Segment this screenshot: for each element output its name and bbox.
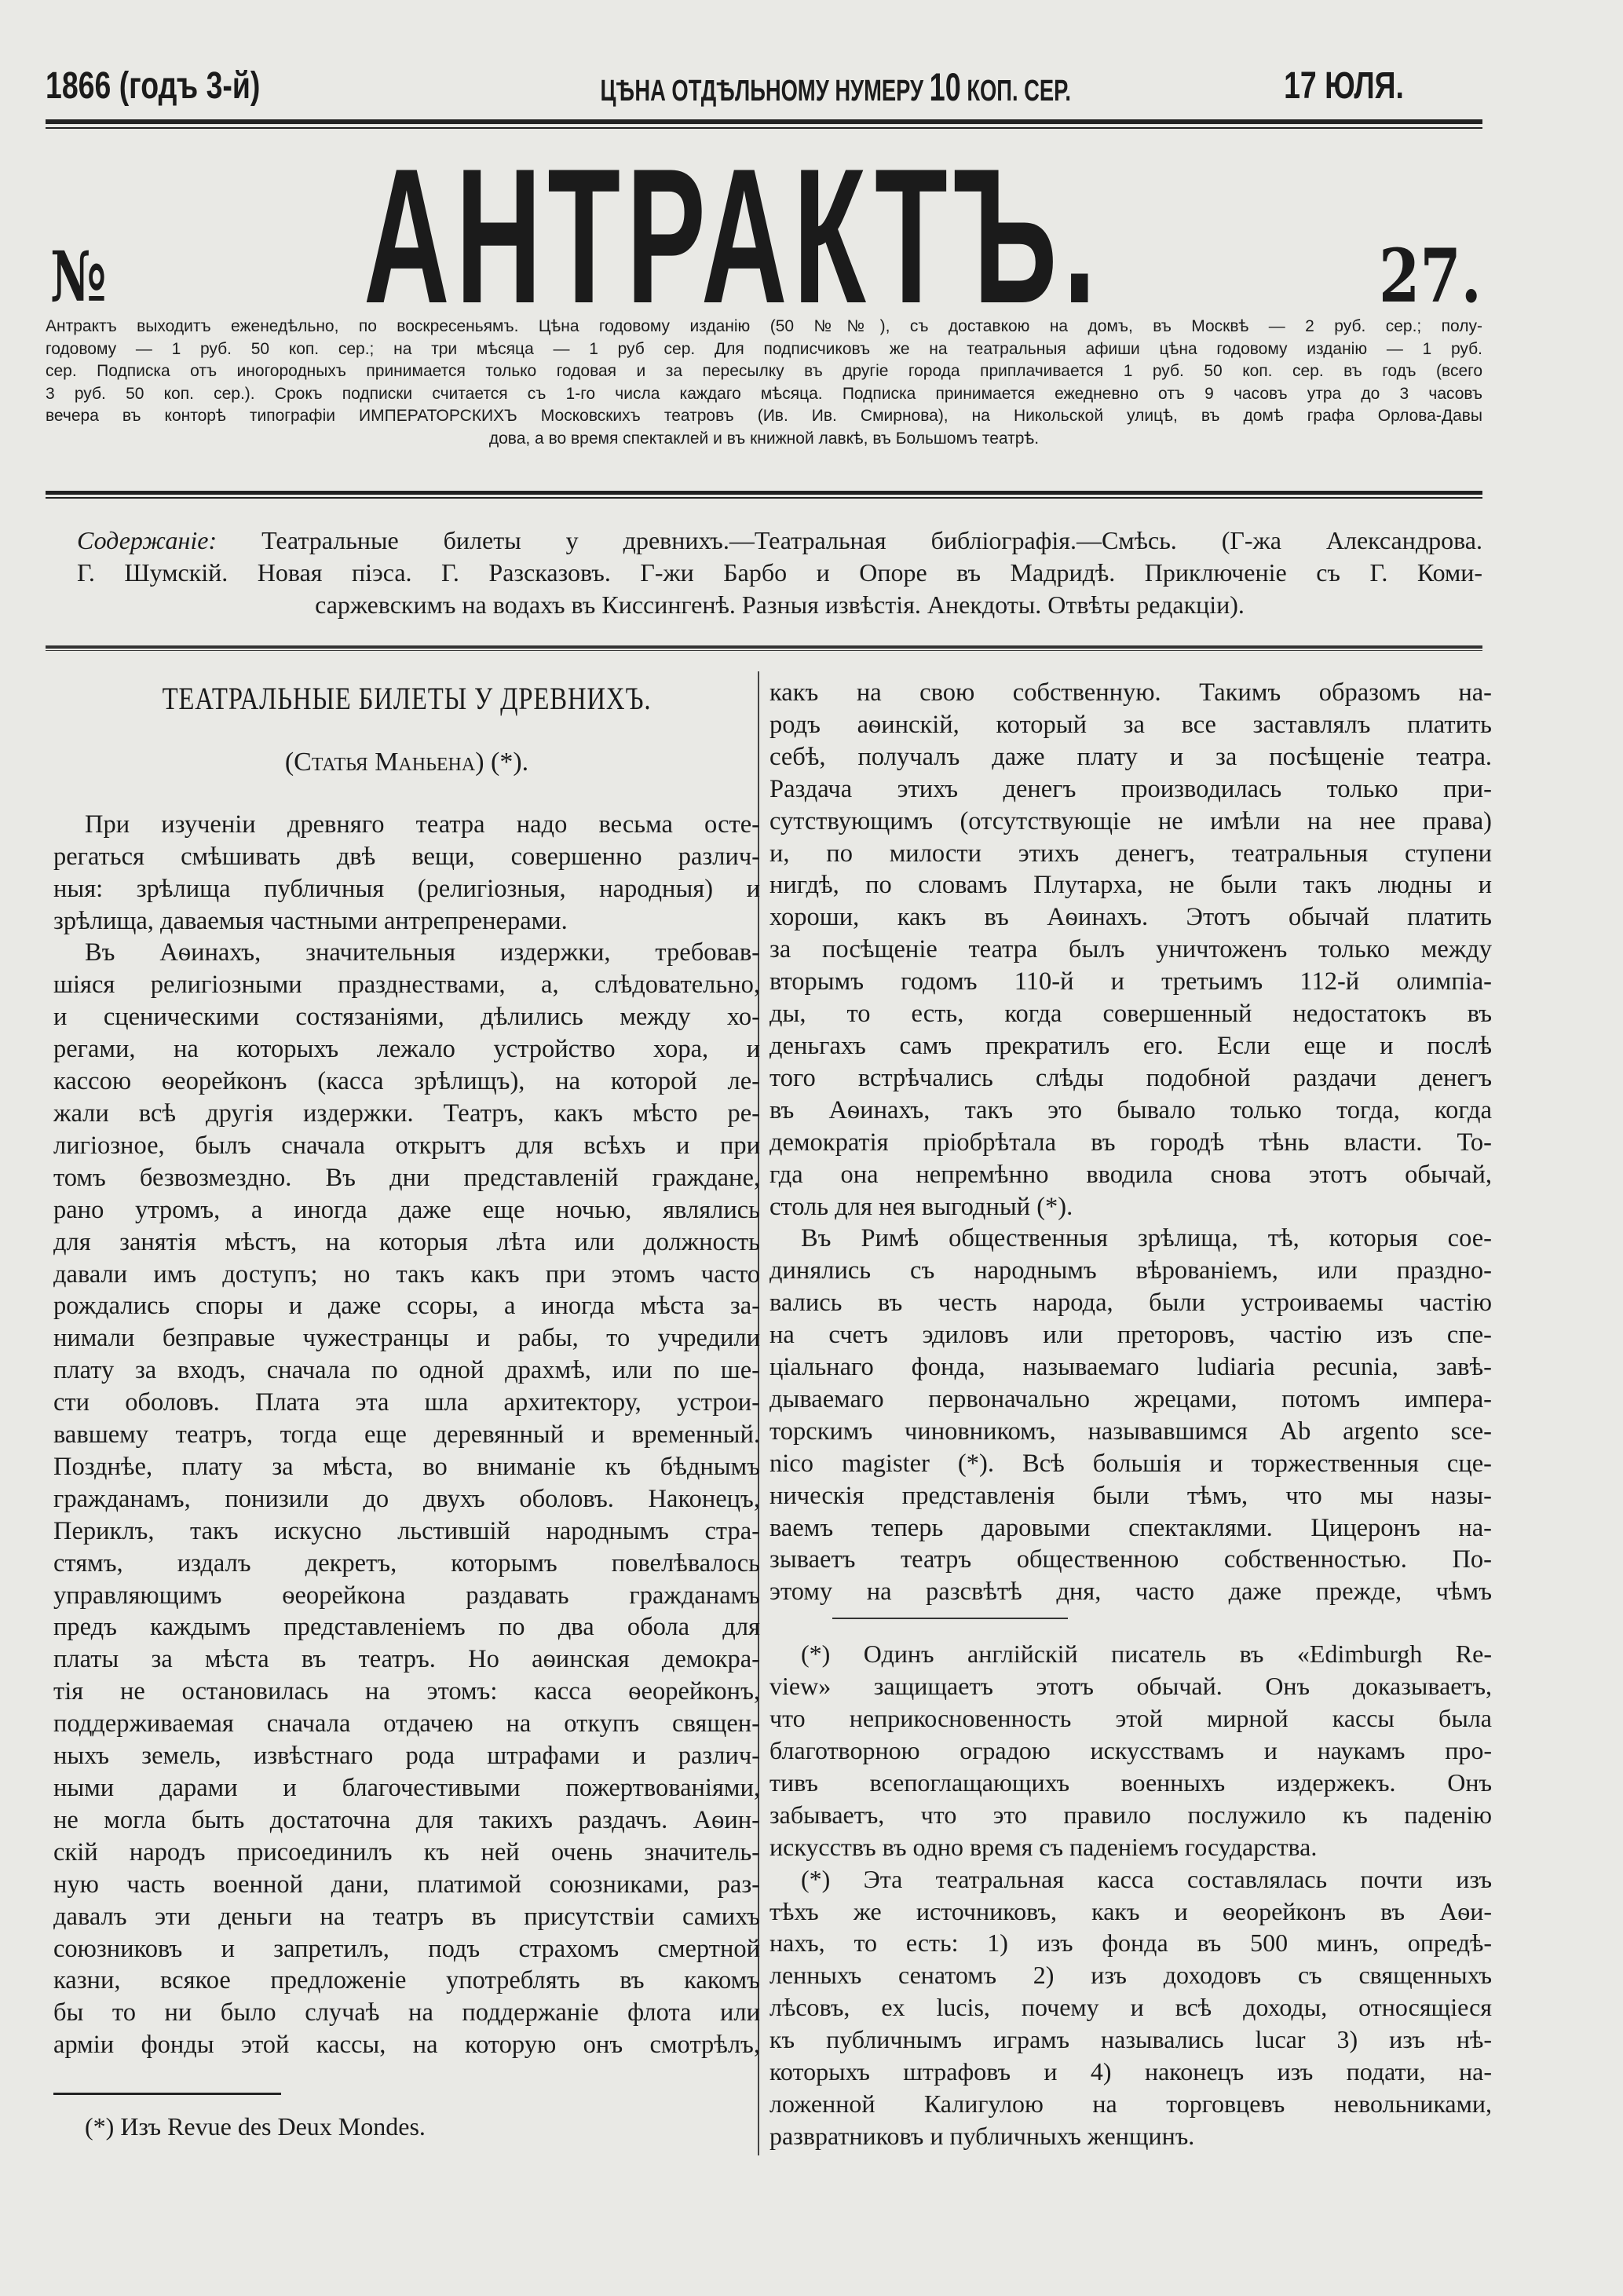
price-suffix: КОП. СЕР.: [967, 75, 1071, 108]
text-line: на счетъ эдиловъ или преторовъ, частію и…: [769, 1319, 1492, 1351]
text-line: дываемаго первоначально жрецами, потомъ …: [769, 1384, 1492, 1416]
newspaper-title: АНТРАКТЪ.: [364, 161, 1102, 310]
text-line: этому на разсвѣтѣ дня, часто даже прежде…: [769, 1576, 1492, 1608]
right-column: какъ на свою собственную. Такимъ образом…: [769, 677, 1492, 2152]
left-footnote: (*) Изъ Revue des Deux Mondes.: [53, 2111, 760, 2143]
contents-line: Содержаніе: Театральные билеты у древних…: [77, 525, 1482, 557]
table-of-contents: Содержаніе: Театральные билеты у древних…: [77, 525, 1482, 621]
text-line: сутствующимъ (отсутствующіе не имѣли на …: [769, 806, 1492, 838]
subscription-line: дова, а во время спектаклей и въ книжной…: [46, 428, 1482, 451]
text-line: view» защищаетъ этотъ обычай. Онъ доказы…: [769, 1670, 1492, 1702]
text-line: Периклъ, такъ искусно льстившій народным…: [53, 1515, 760, 1548]
subscription-rule: [46, 491, 1482, 499]
left-column-body: При изученіи древняго театра надо весьма…: [53, 809, 760, 2061]
subscription-info: Антрактъ выходитъ еженедѣльно, по воскре…: [46, 316, 1482, 450]
text-line: нигдѣ, по словамъ Плутарха, не были такъ…: [769, 869, 1492, 901]
text-line: предъ каждымъ представленіемъ по два обо…: [53, 1611, 760, 1643]
text-line: ложенной Калигулою на торговцевъ невольн…: [769, 2088, 1492, 2120]
text-line: регами, на которыхъ лежало устройство хо…: [53, 1033, 760, 1066]
subscription-line: вечера въ конторѣ типографіи ИМПЕРАТОРСК…: [46, 405, 1482, 428]
contents-label: Содержаніе:: [77, 526, 217, 554]
text-line: благотворною оградою искусствамъ и наука…: [769, 1735, 1492, 1767]
text-line: столь для нея выгодный (*).: [769, 1191, 1492, 1223]
contents-line: саржевскимъ на водахъ въ Киссингенѣ. Раз…: [77, 589, 1482, 621]
text-line: ную часть военной дани, платимой союзник…: [53, 1869, 760, 1901]
text-line: Позднѣе, плату за мѣста, во вниманіе къ …: [53, 1451, 760, 1483]
price-value: 10: [930, 65, 961, 109]
article-subtitle: (Статья Маньена) (*).: [53, 747, 760, 779]
article-title: ТЕАТРАЛЬНЫЕ БИЛЕТЫ У ДРЕВНИХЪ.: [117, 683, 696, 715]
text-line: ническія представленія были тѣмъ, что мы…: [769, 1480, 1492, 1512]
text-line: стямъ, издалъ декретъ, которымъ повелѣва…: [53, 1548, 760, 1580]
text-line: платы за мѣста въ театръ. Но аѳинская де…: [53, 1643, 760, 1676]
text-line: вавшему театръ, тогда еще деревянный и в…: [53, 1419, 760, 1451]
text-line: зываетъ театръ общественною собственност…: [769, 1544, 1492, 1576]
text-line: деньгахъ самъ прекратилъ его. Если еще и…: [769, 1030, 1492, 1062]
text-line: хороши, какъ въ Аѳинахъ. Этотъ обычай пл…: [769, 901, 1492, 934]
footnote-rule: [832, 1618, 1068, 1619]
text-line: которыхъ штрафовъ и 4) наконецъ изъ пода…: [769, 2056, 1492, 2088]
text-line: за посѣщеніе театра былъ уничтоженъ толь…: [769, 934, 1492, 966]
contents-line: Г. Шумскій. Новая піэса. Г. Разсказовъ. …: [77, 557, 1482, 589]
number-sign: №: [50, 236, 107, 317]
text-line: рождались споры и даже ссоры, а иногда м…: [53, 1290, 760, 1322]
text-line: забываетъ, что это правило послужило къ …: [769, 1799, 1492, 1831]
newspaper-page: 1866 (годъ 3-й) ЦѢНА ОТДѢЛЬНОМУ НУМЕРУ 1…: [0, 0, 1623, 2296]
text-line: жали всѣ другія издержки. Театръ, какъ м…: [53, 1098, 760, 1130]
text-line: искусствъ въ одно время съ паденіемъ гос…: [769, 1831, 1492, 1863]
text-line: тѣхъ же источниковъ, какъ и ѳеорейконъ в…: [769, 1896, 1492, 1928]
subscription-line: 3 руб. 50 коп. сер.). Срокъ подписки счи…: [46, 383, 1482, 406]
text-line: родъ аѳинскій, который за все заставлялъ…: [769, 709, 1492, 741]
text-line: демократія пріобрѣтала въ городѣ тѣнь вл…: [769, 1127, 1492, 1159]
text-line: зрѣлища, даваемыя частными антрепренерам…: [53, 905, 760, 938]
text-line: нимали безправые чужестранцы и рабы, то …: [53, 1322, 760, 1355]
footnote-rule: [53, 2093, 281, 2095]
text-line: ваемъ теперь даровыми спектаклями. Цицер…: [769, 1512, 1492, 1545]
text-line: тія не остановилась на этомъ: касса ѳеор…: [53, 1676, 760, 1708]
footnote-theatre-fund: (*) Эта театральная касса составлялась п…: [769, 1863, 1492, 2152]
text-line: арміи фонды этой кассы, на которую онъ с…: [53, 2029, 760, 2061]
text-line: гда она непремѣнно вводила снова этотъ о…: [769, 1159, 1492, 1191]
text-line: къ публичнымъ играмъ назывались lucar 3)…: [769, 2024, 1492, 2056]
text-line: (*) Эта театральная касса составлялась п…: [769, 1863, 1492, 1896]
text-line: ныхъ земель, извѣстнаго рода штрафами и …: [53, 1740, 760, 1772]
text-line: регаться смѣшивать двѣ вещи, совершенно …: [53, 841, 760, 873]
text-line: лигіозное, былъ сначала открытъ для всѣх…: [53, 1130, 760, 1162]
subscription-line: годовому — 1 руб. 50 коп. сер.; на три м…: [46, 338, 1482, 361]
text-line: (*) Одинъ англійскій писатель въ «Edimbu…: [769, 1638, 1492, 1670]
text-line: При изученіи древняго театра надо весьма…: [53, 809, 760, 841]
price-prefix: ЦѢНА ОТДѢЛЬНОМУ НУМЕРУ: [601, 75, 924, 108]
text-line: вторымъ годомъ 110-й и третьимъ 112-й ол…: [769, 966, 1492, 998]
text-line: бы то ни было случаѣ на поддержаніе флот…: [53, 1997, 760, 2029]
text-line: Въ Римѣ общественныя зрѣлища, тѣ, которы…: [769, 1223, 1492, 1255]
text-line: себѣ, получалъ даже плату и за посѣщеніе…: [769, 741, 1492, 773]
text-line: гражданамъ, понизили до двухъ оболовъ. Н…: [53, 1483, 760, 1515]
issue-number: 27.: [1379, 233, 1482, 320]
text-line: ныя: зрѣлища публичныя (религіозныя, нар…: [53, 873, 760, 905]
masthead: № АНТРАКТЪ. 27.: [46, 161, 1482, 310]
text-line: не могла быть достаточна для такихъ разд…: [53, 1804, 760, 1837]
issue-date: 17 ЮЛЯ.: [1284, 64, 1404, 108]
text-line: въ Аѳинахъ, такъ это бывало только тогда…: [769, 1095, 1492, 1127]
text-line: вались въ честь народа, были устроиваемы…: [769, 1287, 1492, 1319]
right-column-body: какъ на свою собственную. Такимъ образом…: [769, 677, 1492, 1608]
text-line: казни, всякое предложеніе употреблять въ…: [53, 1965, 760, 1997]
text-line: ціальнаго фонда, называемаго ludiaria pe…: [769, 1351, 1492, 1384]
text-line: томъ безвозмездно. Въ дни представленій …: [53, 1162, 760, 1194]
text-line: нахъ, то есть: 1) изъ фонда въ 500 минъ,…: [769, 1927, 1492, 1959]
text-line: и сценическими состязаніями, дѣлились ме…: [53, 1001, 760, 1033]
text-line: ными дарами и благочестивыми пожертвован…: [53, 1772, 760, 1804]
text-line: торскимъ чиновникомъ, называвшимся Ab ar…: [769, 1416, 1492, 1448]
text-line: тивъ всепоглащающихъ военныхъ издержекъ.…: [769, 1767, 1492, 1799]
text-line: ленныхъ сенатомъ 2) изъ доходовъ съ свящ…: [769, 1959, 1492, 1991]
price-label: ЦѢНА ОТДѢЛЬНОМУ НУМЕРУ 10 КОП. СЕР.: [601, 64, 1071, 110]
text-line: шіяся религіозными празднествами, а, слѣ…: [53, 969, 760, 1001]
text-line: что неприкосновенность этой мирной кассы…: [769, 1702, 1492, 1735]
text-line: сти оболовъ. Плата эта шла архитектору, …: [53, 1387, 760, 1419]
text-line: скій народъ присоединилъ къ ней очень зн…: [53, 1837, 760, 1869]
text-line: лѣсовъ, ex lucis, почему и всѣ доходы, о…: [769, 1991, 1492, 2024]
year-label: 1866 (годъ 3-й): [46, 64, 260, 108]
left-column: ТЕАТРАЛЬНЫЕ БИЛЕТЫ У ДРЕВНИХЪ. (Статья М…: [53, 675, 760, 2143]
subscription-line: Антрактъ выходитъ еженедѣльно, по воскре…: [46, 316, 1482, 338]
text-line: и, по милости этихъ денегъ, театральныя …: [769, 838, 1492, 870]
header-line: 1866 (годъ 3-й) ЦѢНА ОТДѢЛЬНОМУ НУМЕРУ 1…: [46, 64, 1404, 112]
footnote-edinburgh-review: (*) Одинъ англійскій писатель въ «Edimbu…: [769, 1638, 1492, 1863]
text-line: nico magister (*). Всѣ большія и торжест…: [769, 1448, 1492, 1480]
text-line: динялись съ народнымъ вѣрованіемъ, или п…: [769, 1255, 1492, 1287]
subscription-line: сер. Подписка отъ иногородныхъ принимает…: [46, 360, 1482, 383]
text-line: Раздача этихъ денегъ производилась тольк…: [769, 773, 1492, 806]
text-line: поддерживаемая сначала отдачею на откупъ…: [53, 1708, 760, 1740]
text-line: Въ Аѳинахъ, значительныя издержки, требо…: [53, 937, 760, 969]
text-line: плату за входъ, сначала по одной драхмѣ,…: [53, 1355, 760, 1387]
text-line: ды, то есть, когда совершенный недостато…: [769, 998, 1492, 1030]
text-line: союзниковъ и запретилъ, подъ страхомъ см…: [53, 1933, 760, 1965]
text-line: какъ на свою собственную. Такимъ образом…: [769, 677, 1492, 709]
text-line: того встрѣчались слѣды подобной раздачи …: [769, 1062, 1492, 1095]
text-line: кассою ѳеорейконъ (касса зрѣлищъ), на ко…: [53, 1066, 760, 1098]
text-line: управляющимъ ѳеорейкона раздавать гражда…: [53, 1580, 760, 1612]
text-line: рано утромъ, а иногда даже еще ночью, яв…: [53, 1194, 760, 1227]
text-line: давали имъ доступъ; но такъ какъ при это…: [53, 1259, 760, 1291]
text-line: для занятія мѣстъ, на которыя лѣта или д…: [53, 1227, 760, 1259]
contents-rule: [46, 645, 1482, 651]
text-line: давалъ эти деньги на театръ въ присутств…: [53, 1901, 760, 1933]
text-line: развратниковъ и публичныхъ женщинъ.: [769, 2120, 1492, 2152]
